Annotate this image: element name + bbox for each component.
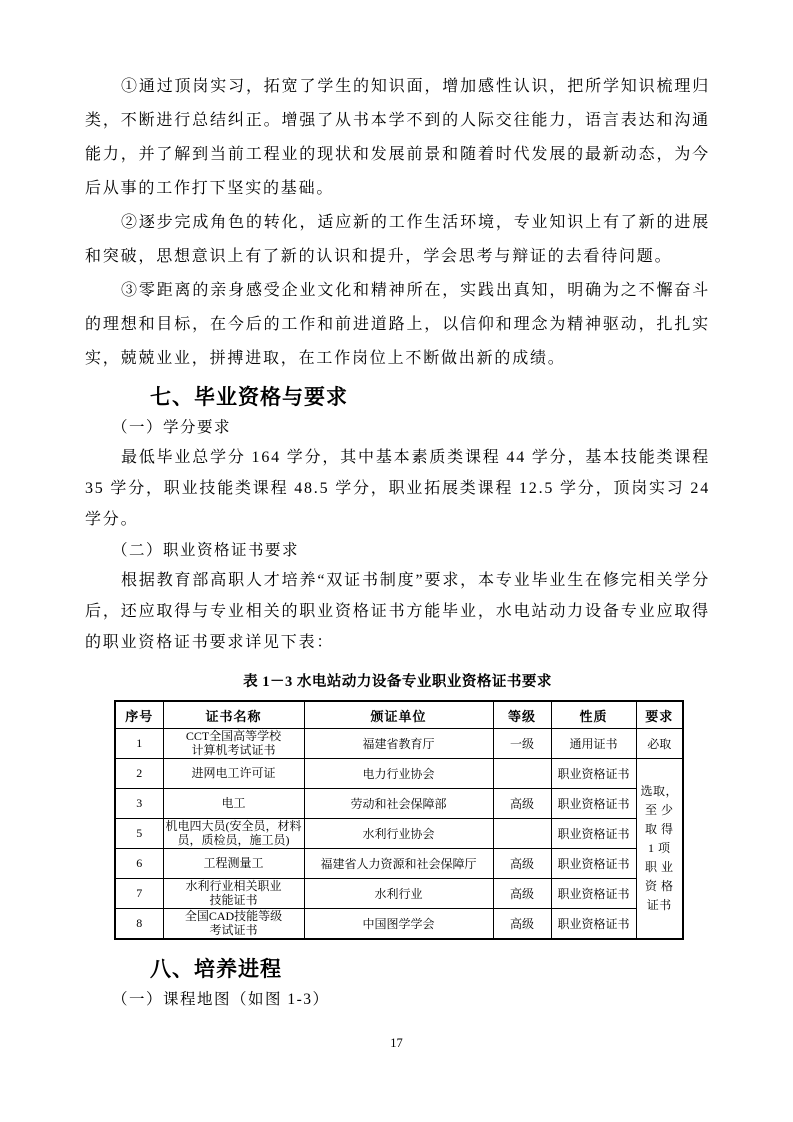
cell-issuer: 水利行业 xyxy=(304,879,493,909)
cell-issuer: 劳动和社会保障部 xyxy=(304,789,493,819)
cell-issuer: 中国图学学会 xyxy=(304,909,493,940)
cell-level: 高级 xyxy=(493,879,551,909)
column-header-level: 等级 xyxy=(493,701,551,729)
table-row: 8 全国CAD技能等级 考试证书 中国图学学会 高级 职业资格证书 xyxy=(115,909,683,940)
cell-no: 3 xyxy=(115,789,163,819)
subsection-certificate-requirements: （二）职业资格证书要求 xyxy=(85,537,710,565)
cell-issuer: 福建省教育厅 xyxy=(304,729,493,759)
cell-level: 高级 xyxy=(493,909,551,940)
cell-nature: 职业资格证书 xyxy=(551,879,636,909)
cell-issuer: 水利行业协会 xyxy=(304,819,493,849)
cell-level: 高级 xyxy=(493,849,551,879)
cell-cert-name: 进网电工许可证 xyxy=(163,759,304,789)
paragraph-internship-3: ③零距离的亲身感受企业文化和精神所在，实践出真知，明确为之不懈奋斗的理想和目标，… xyxy=(85,274,710,376)
table-row: 6 工程测量工 福建省人力资源和社会保障厅 高级 职业资格证书 xyxy=(115,849,683,879)
table-row: 1 CCT全国高等学校 计算机考试证书 福建省教育厅 一级 通用证书 必取 xyxy=(115,729,683,759)
cell-cert-name: 机电四大员(安全员，材料 员，质检员，施工员) xyxy=(163,819,304,849)
certificate-requirements-table: 序号 证书名称 颁证单位 等级 性质 要求 1 CCT全国高等学校 计算机考试证… xyxy=(114,700,684,940)
cell-cert-name: 电工 xyxy=(163,789,304,819)
cell-level: 一级 xyxy=(493,729,551,759)
column-header-no: 序号 xyxy=(115,701,163,729)
cell-issuer: 电力行业协会 xyxy=(304,759,493,789)
paragraph-internship-1: ①通过顶岗实习，拓宽了学生的知识面，增加感性认识，把所学知识梳理归类，不断进行总… xyxy=(85,70,710,206)
cell-nature: 职业资格证书 xyxy=(551,909,636,940)
subsection-credit-requirements: （一）学分要求 xyxy=(85,414,710,442)
cell-cert-name: 全国CAD技能等级 考试证书 xyxy=(163,909,304,940)
document-page: ①通过顶岗实习，拓宽了学生的知识面，增加感性认识，把所学知识梳理归类，不断进行总… xyxy=(0,0,793,1122)
subsection-course-map: （一）课程地图（如图 1-3） xyxy=(85,986,710,1014)
table-caption: 表 1－3 水电站动力设备专业职业资格证书要求 xyxy=(85,672,710,692)
paragraph-certificate-requirements: 根据教育部高职人才培养“双证书制度”要求，本专业毕业生在修完相关学分后，还应取得… xyxy=(85,565,710,658)
cell-cert-name: CCT全国高等学校 计算机考试证书 xyxy=(163,729,304,759)
cell-no: 1 xyxy=(115,729,163,759)
paragraph-internship-2: ②逐步完成角色的转化，适应新的工作生活环境，专业知识上有了新的进展和突破，思想意… xyxy=(85,206,710,274)
section-heading-training-schedule: 八、培养进程 xyxy=(150,956,710,984)
table-row: 5 机电四大员(安全员，材料 员，质检员，施工员) 水利行业协会 职业资格证书 xyxy=(115,819,683,849)
cell-no: 6 xyxy=(115,849,163,879)
table-row: 2 进网电工许可证 电力行业协会 职业资格证书 选取， 至 少 取 得 1 项 … xyxy=(115,759,683,789)
cell-issuer: 福建省人力资源和社会保障厅 xyxy=(304,849,493,879)
paragraph-credit-requirements: 最低毕业总学分 164 学分，其中基本素质类课程 44 学分，基本技能类课程 3… xyxy=(85,442,710,535)
cell-no: 8 xyxy=(115,909,163,940)
table-row: 7 水利行业相关职业 技能证书 水利行业 高级 职业资格证书 xyxy=(115,879,683,909)
cell-no: 5 xyxy=(115,819,163,849)
section-heading-graduation-requirements: 七、毕业资格与要求 xyxy=(150,384,710,412)
cell-requirement-merged: 选取， 至 少 取 得 1 项 职 业 资 格 证书 xyxy=(636,759,683,940)
cell-no: 7 xyxy=(115,879,163,909)
cell-cert-name: 工程测量工 xyxy=(163,849,304,879)
cell-nature: 职业资格证书 xyxy=(551,759,636,789)
cell-cert-name: 水利行业相关职业 技能证书 xyxy=(163,879,304,909)
cell-level xyxy=(493,759,551,789)
cell-nature: 职业资格证书 xyxy=(551,789,636,819)
table-header-row: 序号 证书名称 颁证单位 等级 性质 要求 xyxy=(115,701,683,729)
cell-no: 2 xyxy=(115,759,163,789)
column-header-issuer: 颁证单位 xyxy=(304,701,493,729)
cell-nature: 职业资格证书 xyxy=(551,819,636,849)
cell-requirement: 必取 xyxy=(636,729,683,759)
cell-nature: 通用证书 xyxy=(551,729,636,759)
cell-level xyxy=(493,819,551,849)
page-number: 17 xyxy=(0,1036,793,1051)
cell-level: 高级 xyxy=(493,789,551,819)
column-header-cert-name: 证书名称 xyxy=(163,701,304,729)
table-row: 3 电工 劳动和社会保障部 高级 职业资格证书 xyxy=(115,789,683,819)
column-header-nature: 性质 xyxy=(551,701,636,729)
column-header-requirement: 要求 xyxy=(636,701,683,729)
cell-nature: 职业资格证书 xyxy=(551,849,636,879)
